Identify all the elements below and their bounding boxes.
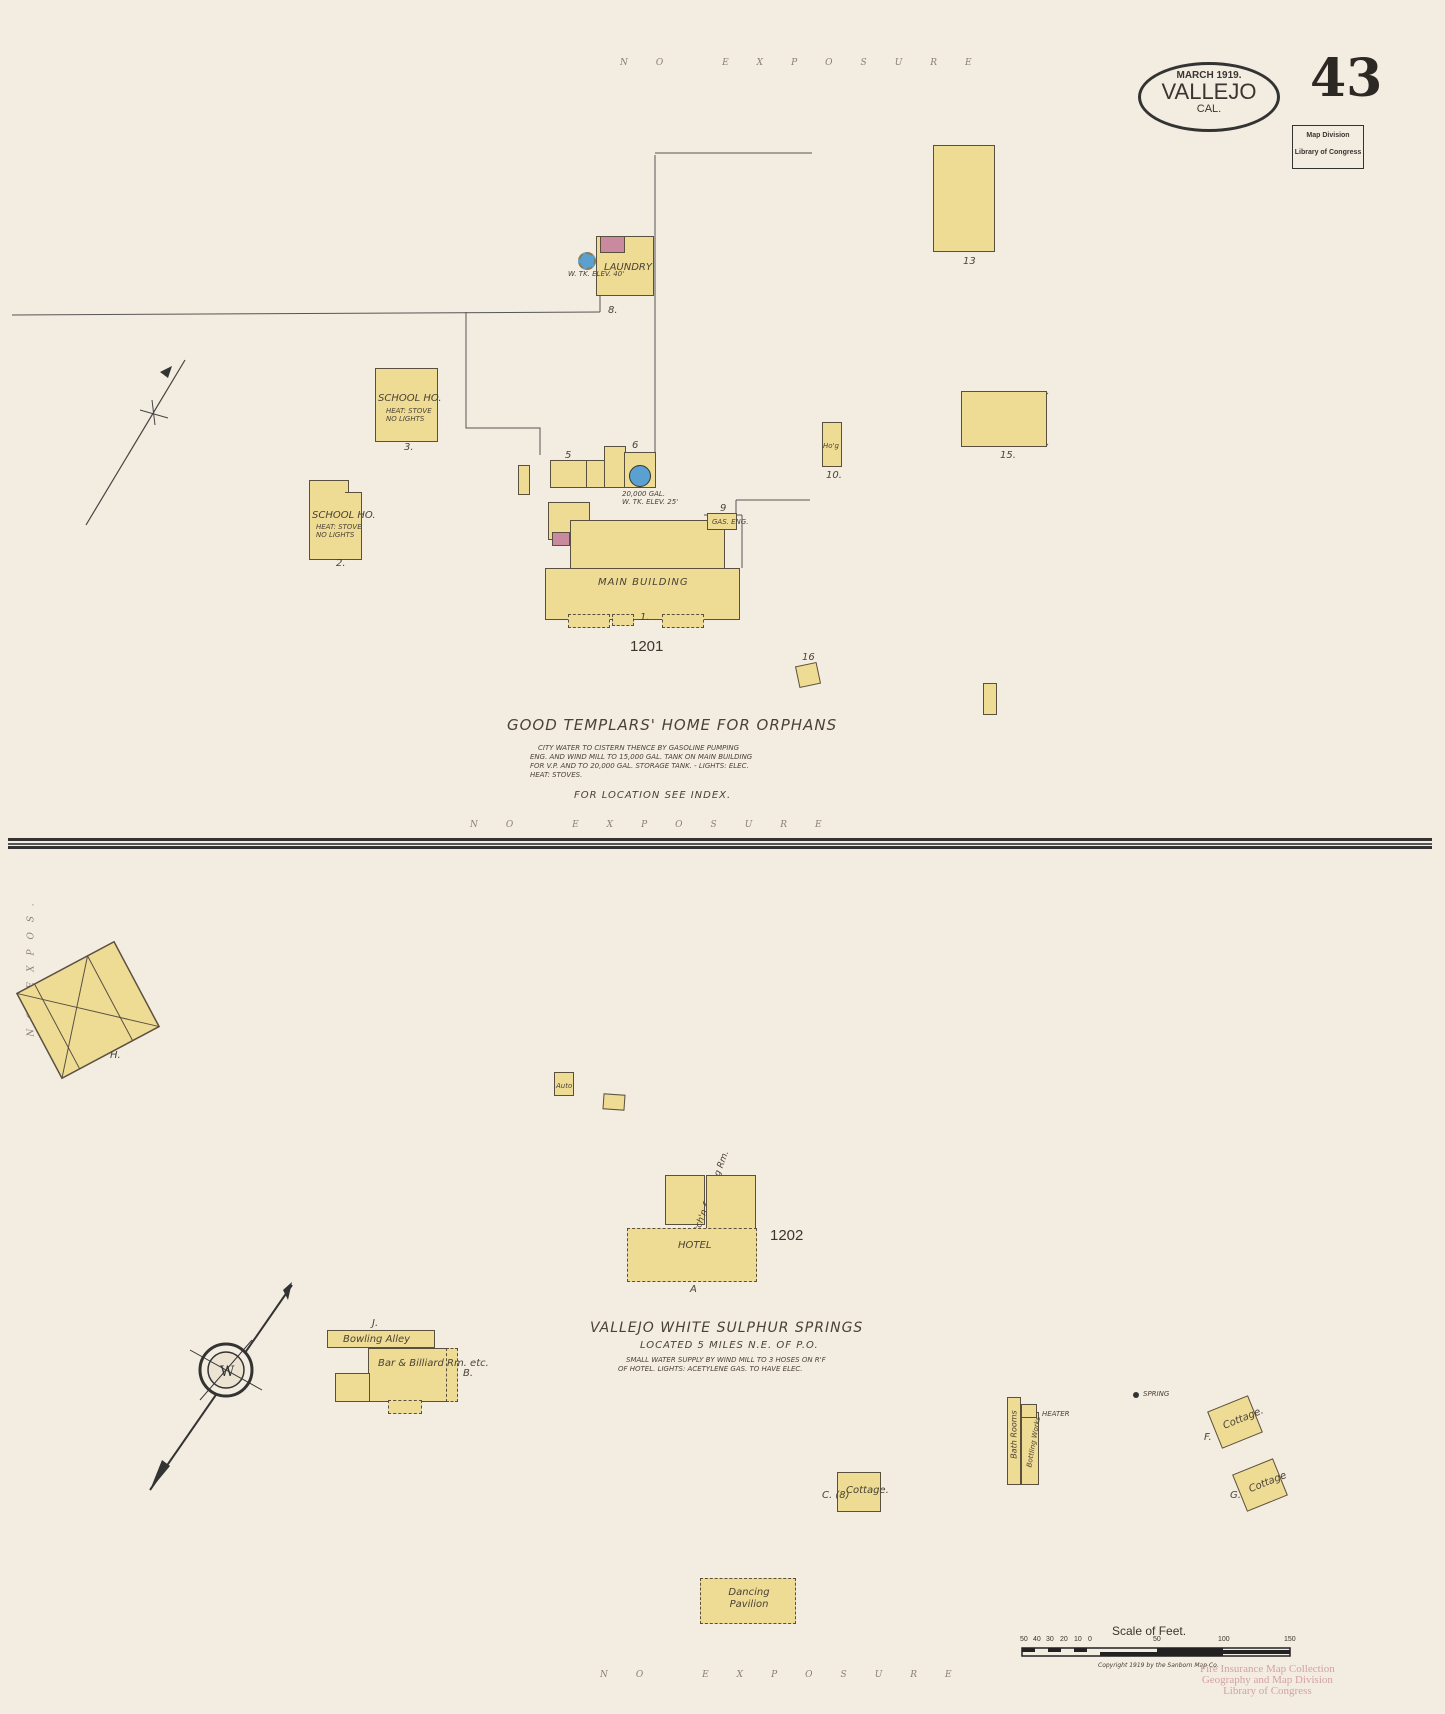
school-house-3-label: SCHOOL HO.	[378, 393, 442, 404]
main-bay-west	[568, 614, 610, 628]
gas-engine-number: 9	[720, 503, 726, 514]
scale-tick: 150	[1284, 1636, 1296, 1643]
upper-note-4: HEAT: STOVES.	[530, 771, 582, 779]
main-bay-east	[662, 614, 704, 628]
school-house-3-lights: NO LIGHTS	[386, 415, 424, 423]
hotel-building	[627, 1228, 757, 1282]
school-house-2-lights: NO LIGHTS	[316, 531, 354, 539]
lower-note-1: SMALL WATER SUPPLY BY WIND MILL TO 3 HOS…	[626, 1356, 826, 1364]
main-building-number: 1.	[640, 612, 650, 623]
scale-tick: 50	[1153, 1636, 1161, 1643]
bldg-5-wing	[586, 460, 606, 488]
bar-billiard	[368, 1348, 448, 1402]
laundry-number: 8.	[608, 305, 618, 316]
bldg-h-label: H.	[110, 1050, 121, 1061]
scale-tick: 10	[1074, 1636, 1082, 1643]
sheet-number: 43	[1310, 48, 1382, 109]
auto-label: Auto	[556, 1082, 572, 1090]
location-note: FOR LOCATION SEE INDEX.	[574, 790, 731, 801]
school-house-3-number: 3.	[404, 442, 414, 453]
library-of-congress-stamp: Map Division Library of Congress	[1292, 125, 1364, 169]
bldg-10-label: Ho'g	[823, 442, 839, 450]
upper-title: GOOD TEMPLARS' HOME FOR ORPHANS	[507, 716, 837, 734]
small-shed-east	[983, 683, 997, 715]
scale-tick: 40	[1033, 1636, 1041, 1643]
brick-annex	[552, 532, 570, 546]
spring-label: SPRING	[1143, 1390, 1169, 1398]
bldg-15	[961, 391, 1047, 447]
bldg-15-number: 15.	[1000, 450, 1016, 461]
left-exposure-label: NO EXPOS.	[27, 893, 37, 1036]
gas-engine-label: GAS. ENG.	[712, 518, 748, 526]
cottage-g-letter: G.	[1230, 1490, 1241, 1501]
lc-stamp-line2: Library of Congress	[1293, 149, 1363, 156]
bldg-6-west	[604, 446, 626, 488]
scale-tick: 100	[1218, 1636, 1230, 1643]
school-house-3	[375, 368, 438, 442]
state-name: CAL.	[1141, 103, 1277, 115]
cottage-c-label: Cottage.	[846, 1485, 889, 1496]
lower-note-2: OF HOTEL. LIGHTS: ACETYLENE GAS. TO HAVE…	[618, 1365, 803, 1373]
block-number-1201: 1201	[630, 638, 663, 655]
bldg-16-number: 16	[802, 652, 815, 663]
upper-note-3: FOR V.P. AND TO 20,000 GAL. STORAGE TANK…	[530, 762, 749, 770]
main-building-label: MAIN BUILDING	[598, 577, 689, 588]
water-tank-icon	[578, 252, 596, 270]
bldg-13-number: 13	[963, 256, 976, 267]
bar-letter: B.	[463, 1368, 473, 1379]
scale-tick: 0	[1088, 1636, 1092, 1643]
map-linework: W	[0, 0, 1445, 1714]
bar-porch	[446, 1348, 458, 1402]
bldg-10-number: 10.	[826, 470, 842, 481]
tank-capacity: 20,000 GAL.	[622, 490, 665, 498]
storage-tank-icon	[629, 465, 651, 487]
school-house-3-heat: HEAT: STOVE	[386, 407, 432, 415]
scale-tick: 30	[1046, 1636, 1054, 1643]
svg-text:W: W	[220, 1364, 235, 1380]
bldg-13	[933, 145, 995, 252]
bldg-6-number: 6	[632, 440, 638, 451]
lower-subtitle: LOCATED 5 MILES N.E. OF P.O.	[640, 1340, 819, 1351]
school-house-2-heat: HEAT: STOVE	[316, 523, 362, 531]
bldg-5-number: 5	[565, 450, 571, 461]
title-cartouche: MARCH 1919. VALLEJO CAL.	[1138, 62, 1280, 132]
bldg-16	[795, 662, 821, 688]
scale-ticks: 50 40 30 20 10 0 50 100 150	[1020, 1636, 1300, 1646]
hotel-label: HOTEL	[678, 1240, 711, 1251]
bar-rear-porch	[388, 1400, 422, 1414]
upper-note-2: ENG. AND WIND MILL TO 15,000 GAL. TANK O…	[530, 753, 752, 761]
bldg-5	[550, 460, 590, 488]
bowling-alley-letter: J.	[372, 1318, 378, 1329]
middle-exposure-label: NO EXPOSURE	[470, 820, 850, 830]
water-tank-note: W. TK. ELEV. 40'	[568, 270, 624, 278]
cottage-c-letter: C. (8)	[822, 1490, 850, 1501]
cottage-f-letter: F.	[1204, 1432, 1212, 1443]
school-house-2-label: SCHOOL HO.	[312, 510, 376, 521]
heater-label: HEATER	[1042, 1410, 1070, 1418]
block-number-1202: 1202	[770, 1227, 803, 1244]
bottom-exposure-label: NO EXPOSURE	[600, 1670, 980, 1680]
city-name: VALLEJO	[1141, 81, 1277, 103]
upper-note-1: CITY WATER TO CISTERN THENCE BY GASOLINE…	[538, 744, 739, 752]
main-bay-center	[612, 614, 634, 626]
tank-elevation: W. TK. ELEV. 25'	[622, 498, 678, 506]
hotel-letter: A	[690, 1284, 697, 1295]
bar-billiard-wing	[335, 1373, 370, 1402]
watermark-line3: Library of Congress	[1200, 1686, 1335, 1697]
school-house-2-number: 2.	[336, 558, 346, 569]
spring-icon	[1133, 1392, 1139, 1398]
scale-tick: 50	[1020, 1636, 1028, 1643]
top-exposure-label: NO EXPOSURE	[620, 58, 1000, 68]
small-shed	[518, 465, 530, 495]
collection-watermark: Fire Insurance Map Collection Geography …	[1200, 1664, 1335, 1697]
lc-stamp-line1: Map Division	[1293, 132, 1363, 139]
laundry-brick-annex	[600, 236, 625, 253]
lower-title: VALLEJO WHITE SULPHUR SPRINGS	[590, 1320, 863, 1336]
scale-tick: 20	[1060, 1636, 1068, 1643]
small-shed-lower	[602, 1093, 625, 1110]
dancing-pavilion-label: Dancing Pavilion	[725, 1587, 773, 1611]
bath-rooms-label: Bath Rooms	[1010, 1410, 1019, 1458]
bowling-alley-label: Bowling Alley	[343, 1334, 410, 1345]
